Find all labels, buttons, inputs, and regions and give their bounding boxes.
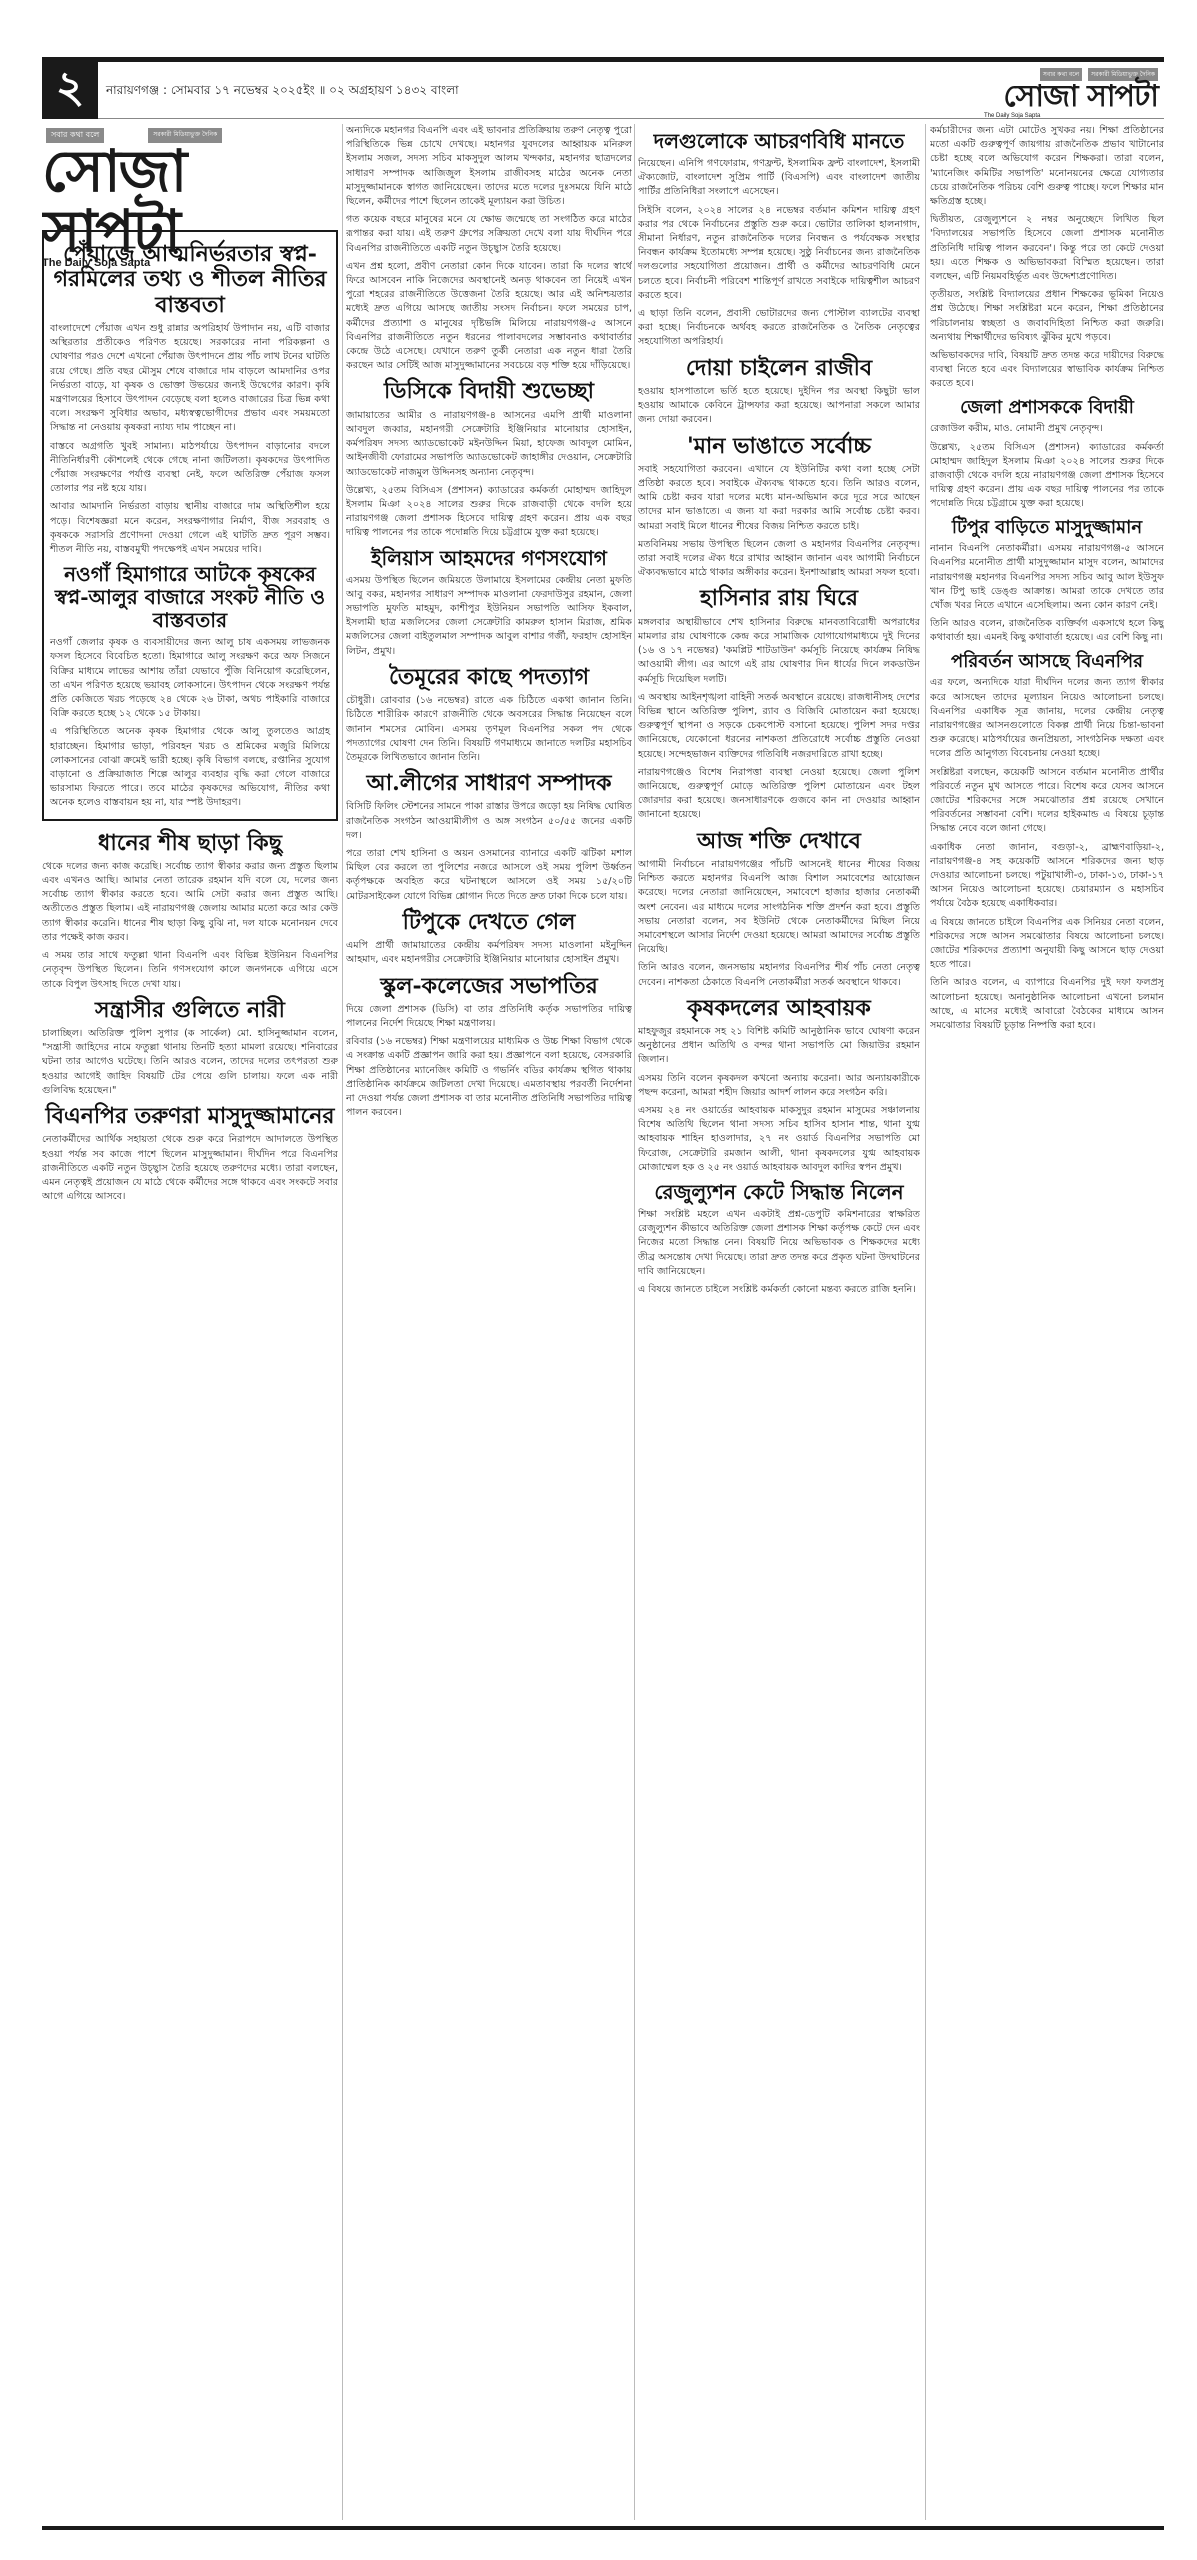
article-headline[interactable]: রেজুল্যুশন কেটে সিদ্ধান্ত নিলেন [638, 1181, 920, 1204]
article-paragraph: পরে তারা শেখ হাসিনা ও অয়ন ওসমানের ব্যান… [346, 847, 632, 904]
article-paragraph: তিনি আরও বলেন, এ ব্যাপারে বিএনপির দুই দফ… [930, 976, 1164, 1033]
article-headline[interactable]: কৃষকদলের আহবায়ক [638, 996, 920, 1021]
article-paragraph: অভিভাবকদের দাবি, বিষয়টি দ্রুত তদন্ত করে… [930, 349, 1164, 392]
article-headline[interactable]: আজ শক্তি দেখাবে [638, 829, 920, 854]
article-paragraph: তিনি আরও বলেন, রাজনৈতিক ব্যক্তির্বগ একসা… [930, 617, 1164, 645]
article-headline[interactable]: দলগুলোকে আচরণবিধি মানতে [638, 130, 920, 153]
article-paragraph: এ পরিস্থিতিতে অনেক কৃষক হিমাগার থেকে আলু… [50, 725, 330, 810]
article-paragraph: জামায়াতের আমীর ও নারায়ণগঞ্জ-৪ আসনের এম… [346, 409, 632, 480]
article-paragraph: নানান বিএনপি নেতাকর্মীরা। এসময় নারায়ণগ… [930, 542, 1164, 613]
column-3: দলগুলোকে আচরণবিধি মানতে নিয়েছেন। এনিপি … [638, 124, 920, 2520]
article-paragraph: এসময় ২৪ নং ওয়ার্ডের আহবায়ক মাকসুদুর র… [638, 1104, 920, 1175]
article-break-sulk: 'মান ভাঙাতে সর্বোচ্চ সবাই সহযোগিতা করবেন… [638, 434, 920, 581]
article-headline[interactable]: আ.লীগের সাধারণ সম্পাদক [346, 771, 632, 796]
article-paragraph: থেকে দলের জন্য কাজ করেছি। সর্বোচ্চ ত্যাগ… [42, 860, 338, 945]
article-paragraph: একাধিক নেতা জানান, বগুড়া-২, ব্রাহ্মণবাড… [930, 841, 1164, 912]
article-paragraph: দিয়ে জেলা প্রশাসক (ডিসি) বা তার প্রতিনি… [346, 1003, 632, 1031]
column-4: কর্মচারীদের জন্য এটা মোটেও সুখকর নয়। শি… [930, 124, 1164, 2520]
article-paragraph: আবার আমদানি নির্ভরতা বাড়ায় স্থানীয় বা… [50, 500, 330, 557]
article-terrorist: সন্ত্রাসীর গুলিতে নারী চালাচ্ছিল। অতিরিক… [42, 998, 338, 1098]
article-headline[interactable]: ডিসিকে বিদায়ী শুভেচ্ছা [346, 379, 632, 404]
article-headline[interactable]: বিএনপির তরুণরা মাসুদুজ্জামানের [42, 1104, 338, 1129]
article-paragraph: সিইসি বলেন, ২০২৪ সালের ২৪ নভেম্বর বর্তমা… [638, 204, 920, 303]
article-paragraph: বিসিটি ফিলিং স্টেশনের সামনে পাকা রাস্তার… [346, 800, 632, 843]
article-ilias: ইলিয়াস আহমদের গণসংযোগ এসময় উপস্থিত ছিল… [346, 547, 632, 659]
newspaper-english-name: The Daily Soja Sapta [42, 257, 338, 269]
article-paragraph: বাংলাদেশে পেঁয়াজ এখন শুধু রান্নার অপরিহ… [50, 322, 330, 436]
column-divider [634, 124, 635, 2520]
article-paragraph: উল্লেখ্য, ২৫তম বিসিএস (প্রশাসন) ক্যাডারে… [346, 484, 632, 541]
article-paragraph: তৃতীয়ত, সংশ্লিষ্ট বিদ্যালয়ের প্রধান শি… [930, 288, 1164, 345]
article-dc-farewell: ডিসিকে বিদায়ী শুভেচ্ছা জামায়াতের আমীর … [346, 379, 632, 540]
article-paragraph: গত কয়েক বছরে মানুষের মনে যে ক্ষোভ জন্মে… [346, 213, 632, 256]
article-tipu-visit: টিপুকে দেখতে গেল এমপি প্রার্থী জামায়াতে… [346, 910, 632, 968]
article-paragraph: আগামী নির্বাচনে নারায়ণগঞ্জের পাঁচটি আসন… [638, 858, 920, 957]
article-paragraph: মতবিনিময় সভায় উপস্থিত ছিলেন জেলা ও মহা… [638, 538, 920, 581]
article-paragraph: তিনি আরও বলেন, জনসভায় মহানগর বিএনপির শী… [638, 961, 920, 989]
newspaper-logo[interactable]: সবার কথা বলে সরকারী মিডিয়াভুক্ত দৈনিক স… [42, 124, 338, 230]
article-paragraph: হওয়ায় হাসপাতালে ভর্তি হতে হয়েছে। দুইদ… [638, 385, 920, 428]
article-paragraph: এ বিষয়ে জানতে চাইলে বিএনপির এক সিনিয়র … [930, 916, 1164, 973]
article-paragraph: বাস্তবে অগ্রগতি খুবই সামান্য। মাঠপর্যায়… [50, 440, 330, 497]
article-continuation: অন্যদিকে মহানগর বিএনপি এবং এই ভাবনার প্র… [346, 124, 632, 373]
newspaper-name: সোজা সাপটা [968, 81, 1158, 113]
column-1: সবার কথা বলে সরকারী মিডিয়াভুক্ত দৈনিক স… [42, 124, 338, 2520]
article-bnp-youth: বিএনপির তরুণরা মাসুদুজ্জামানের নেতাকর্মী… [42, 1104, 338, 1204]
column-divider [342, 124, 343, 2520]
article-tipu-home: টিপুর বাড়িতে মাসুদুজ্জামান নানান বিএনপি… [930, 518, 1164, 646]
page-number: ২ [42, 62, 98, 119]
article-headline[interactable]: সন্ত্রাসীর গুলিতে নারী [42, 998, 338, 1023]
bottom-rule [42, 2526, 1164, 2530]
article-headline[interactable]: টিপুকে দেখতে গেল [346, 910, 632, 935]
article-paragraph: মাহফুজুর রহমানকে সহ ২১ বিশিষ্ট কমিটি আনু… [638, 1025, 920, 1068]
article-paragraph: সংশ্লিষ্টরা বলছেন, কয়েকটি আসনে বর্তমান … [930, 766, 1164, 837]
article-paragraph: অন্যদিকে মহানগর বিএনপি এবং এই ভাবনার প্র… [346, 124, 632, 209]
article-paragraph: এ অবস্থায় আইনশৃঙ্খলা বাহিনী সতর্ক অবস্থ… [638, 691, 920, 762]
article-paragraph: রবিবার (১৬ নভেম্বর) শিক্ষা মন্ত্রণালয়ের… [346, 1035, 632, 1120]
article-paragraph: চালাচ্ছিল। অতিরিক্ত পুলিশ সুপার (ক সার্ক… [42, 1027, 338, 1098]
article-headline[interactable]: পরিবর্তন আসছে বিএনপির [930, 652, 1164, 673]
article-headline[interactable]: টিপুর বাড়িতে মাসুদুজ্জামান [930, 518, 1164, 539]
article-resolution: রেজুল্যুশন কেটে সিদ্ধান্ত নিলেন শিক্ষা স… [638, 1181, 920, 1297]
dateline: নারায়ণগঞ্জ : সোমবার ১৭ নভেম্বর ২০২৫ইং ॥… [106, 82, 459, 102]
article-paragraph: এমপি প্রার্থী জামায়াতের কেন্দ্রীয় কর্ম… [346, 939, 632, 967]
article-paragraph: মঙ্গলবার অস্থায়ীভাবে শেখ হাসিনার বিরুদ্… [638, 616, 920, 687]
article-headline[interactable]: ইলিয়াস আহমদের গণসংযোগ [346, 547, 632, 570]
article-paragraph: নিয়েছেন। এনিপি গণফোরাম, গণফ্রন্ট, ইসলাম… [638, 157, 920, 200]
article-headline[interactable]: 'মান ভাঙাতে সর্বোচ্চ [638, 434, 920, 459]
article-paragraph: উল্লেখ্য, ২৫তম বিসিএস (প্রশাসন) ক্যাডারে… [930, 441, 1164, 512]
article-school-committee: স্কুল-কলেজের সভাপতির দিয়ে জেলা প্রশাসক … [346, 974, 632, 1121]
article-headline[interactable]: ধানের শীষ ছাড়া কিছু [42, 831, 338, 856]
column-divider [925, 124, 926, 2520]
article-paddy: ধানের শীষ ছাড়া কিছু থেকে দলের জন্য কাজ … [42, 831, 338, 992]
article-paragraph: এখন প্রশ্ন হলো, প্রবীণ নেতারা কোন দিকে য… [346, 260, 632, 374]
article-paragraph: নেতাকর্মীদের আর্থিক সহায়তা থেকে শুরু কর… [42, 1133, 338, 1204]
article-paragraph: চৌধুরী। রোববার (১৬ নভেম্বর) রাতে এক চিঠি… [346, 694, 632, 765]
article-headline[interactable]: জেলা প্রশাসককে বিদায়ী [930, 398, 1164, 419]
article-hasina-verdict: হাসিনার রায় ঘিরে মঙ্গলবার অস্থায়ীভাবে … [638, 586, 920, 822]
article-paragraph: এসময় উপস্থিত ছিলেন জমিয়তে উলামায়ে ইসল… [346, 574, 632, 659]
masthead-logo[interactable]: সবার কথা বলে সরকারী মিডিয়াভুক্ত দৈনিক স… [968, 68, 1158, 118]
article-dc-farewell-2: জেলা প্রশাসককে বিদায়ী রেজাউল করীম, মাও.… [930, 398, 1164, 512]
article-paragraph: এ ছাড়া তিনি বলেন, প্রবাসী ভোটারদের জন্য… [638, 307, 920, 350]
article-paragraph: এ সময় তার সাথে ফতুল্লা থানা বিএনপি এবং … [42, 949, 338, 992]
article-continuation: কর্মচারীদের জন্য এটা মোটেও সুখকর নয়। শি… [930, 124, 1164, 392]
article-paragraph: কর্মচারীদের জন্য এটা মোটেও সুখকর নয়। শি… [930, 124, 1164, 209]
column-2: অন্যদিকে মহানগর বিএনপি এবং এই ভাবনার প্র… [346, 124, 632, 2520]
newspaper-name: সোজা সাপটা [42, 141, 338, 261]
article-headline[interactable]: তৈমূরের কাছে পদত্যাগ [346, 665, 632, 690]
article-rajib-prayer: দোয়া চাইলেন রাজীব হওয়ায় হাসপাতালে ভর্… [638, 356, 920, 428]
masthead-bar: ২ নারায়ণগঞ্জ : সোমবার ১৭ নভেম্বর ২০২৫ইং… [42, 57, 1164, 119]
article-paragraph: নারায়ণগঞ্জেও বিশেষ নিরাপত্তা ব্যবস্থা ন… [638, 766, 920, 823]
article-paragraph: নওগাঁ জেলার কৃষক ও ব্যবসায়ীদের জন্য আলু… [50, 636, 330, 721]
article-headline[interactable]: স্কুল-কলেজের সভাপতির [346, 974, 632, 999]
article-show-strength: আজ শক্তি দেখাবে আগামী নির্বাচনে নারায়ণগ… [638, 829, 920, 990]
article-paragraph: সবাই সহযোগিতা করবেন। এখানে যে ইউনিটির কথ… [638, 463, 920, 534]
article-code-of-conduct: দলগুলোকে আচরণবিধি মানতে নিয়েছেন। এনিপি … [638, 130, 920, 350]
article-paragraph: এসময় তিনি বলেন কৃষকদল কখনো অন্যায় করেন… [638, 1072, 920, 1100]
article-onion: পেঁয়াজে আত্মনির্ভরতার স্বপ্ন-গরমিলের তথ… [42, 230, 338, 821]
article-paragraph: এ বিষয়ে জানতে চাইলে সংশ্লিষ্ট কর্মকর্তা… [638, 1283, 920, 1297]
article-al-secretary: আ.লীগের সাধারণ সম্পাদক বিসিটি ফিলিং স্টে… [346, 771, 632, 904]
article-bnp-change: পরিবর্তন আসছে বিএনপির এর ফলে, অন্যদিকে য… [930, 652, 1164, 1034]
article-headline[interactable]: হাসিনার রায় ঘিরে [638, 586, 920, 611]
article-paragraph: রেজাউল করীম, মাও. নোমানী প্রমুখ নেতৃবৃন্… [930, 422, 1164, 436]
article-taimur: তৈমূরের কাছে পদত্যাগ চৌধুরী। রোববার (১৬ … [346, 665, 632, 765]
article-paragraph: শিক্ষা সংশ্লিষ্ট মহলে এখন একটাই প্রশ্ন-ড… [638, 1208, 920, 1279]
article-headline[interactable]: নওগাঁ হিমাগারে আটকে কৃষকের স্বপ্ন-আলুর ব… [50, 563, 330, 632]
article-paragraph: দ্বিতীয়ত, রেজুল্যুশনে ২ নম্বর অনুচ্ছেদে… [930, 213, 1164, 284]
article-krishak-dal: কৃষকদলের আহবায়ক মাহফুজুর রহমানকে সহ ২১ … [638, 996, 920, 1175]
article-paragraph: এর ফলে, অন্যদিকে যারা দীর্ঘদিন দলের জন্য… [930, 676, 1164, 761]
article-headline[interactable]: দোয়া চাইলেন রাজীব [638, 356, 920, 381]
page-columns: সবার কথা বলে সরকারী মিডিয়াভুক্ত দৈনিক স… [42, 124, 1164, 2524]
